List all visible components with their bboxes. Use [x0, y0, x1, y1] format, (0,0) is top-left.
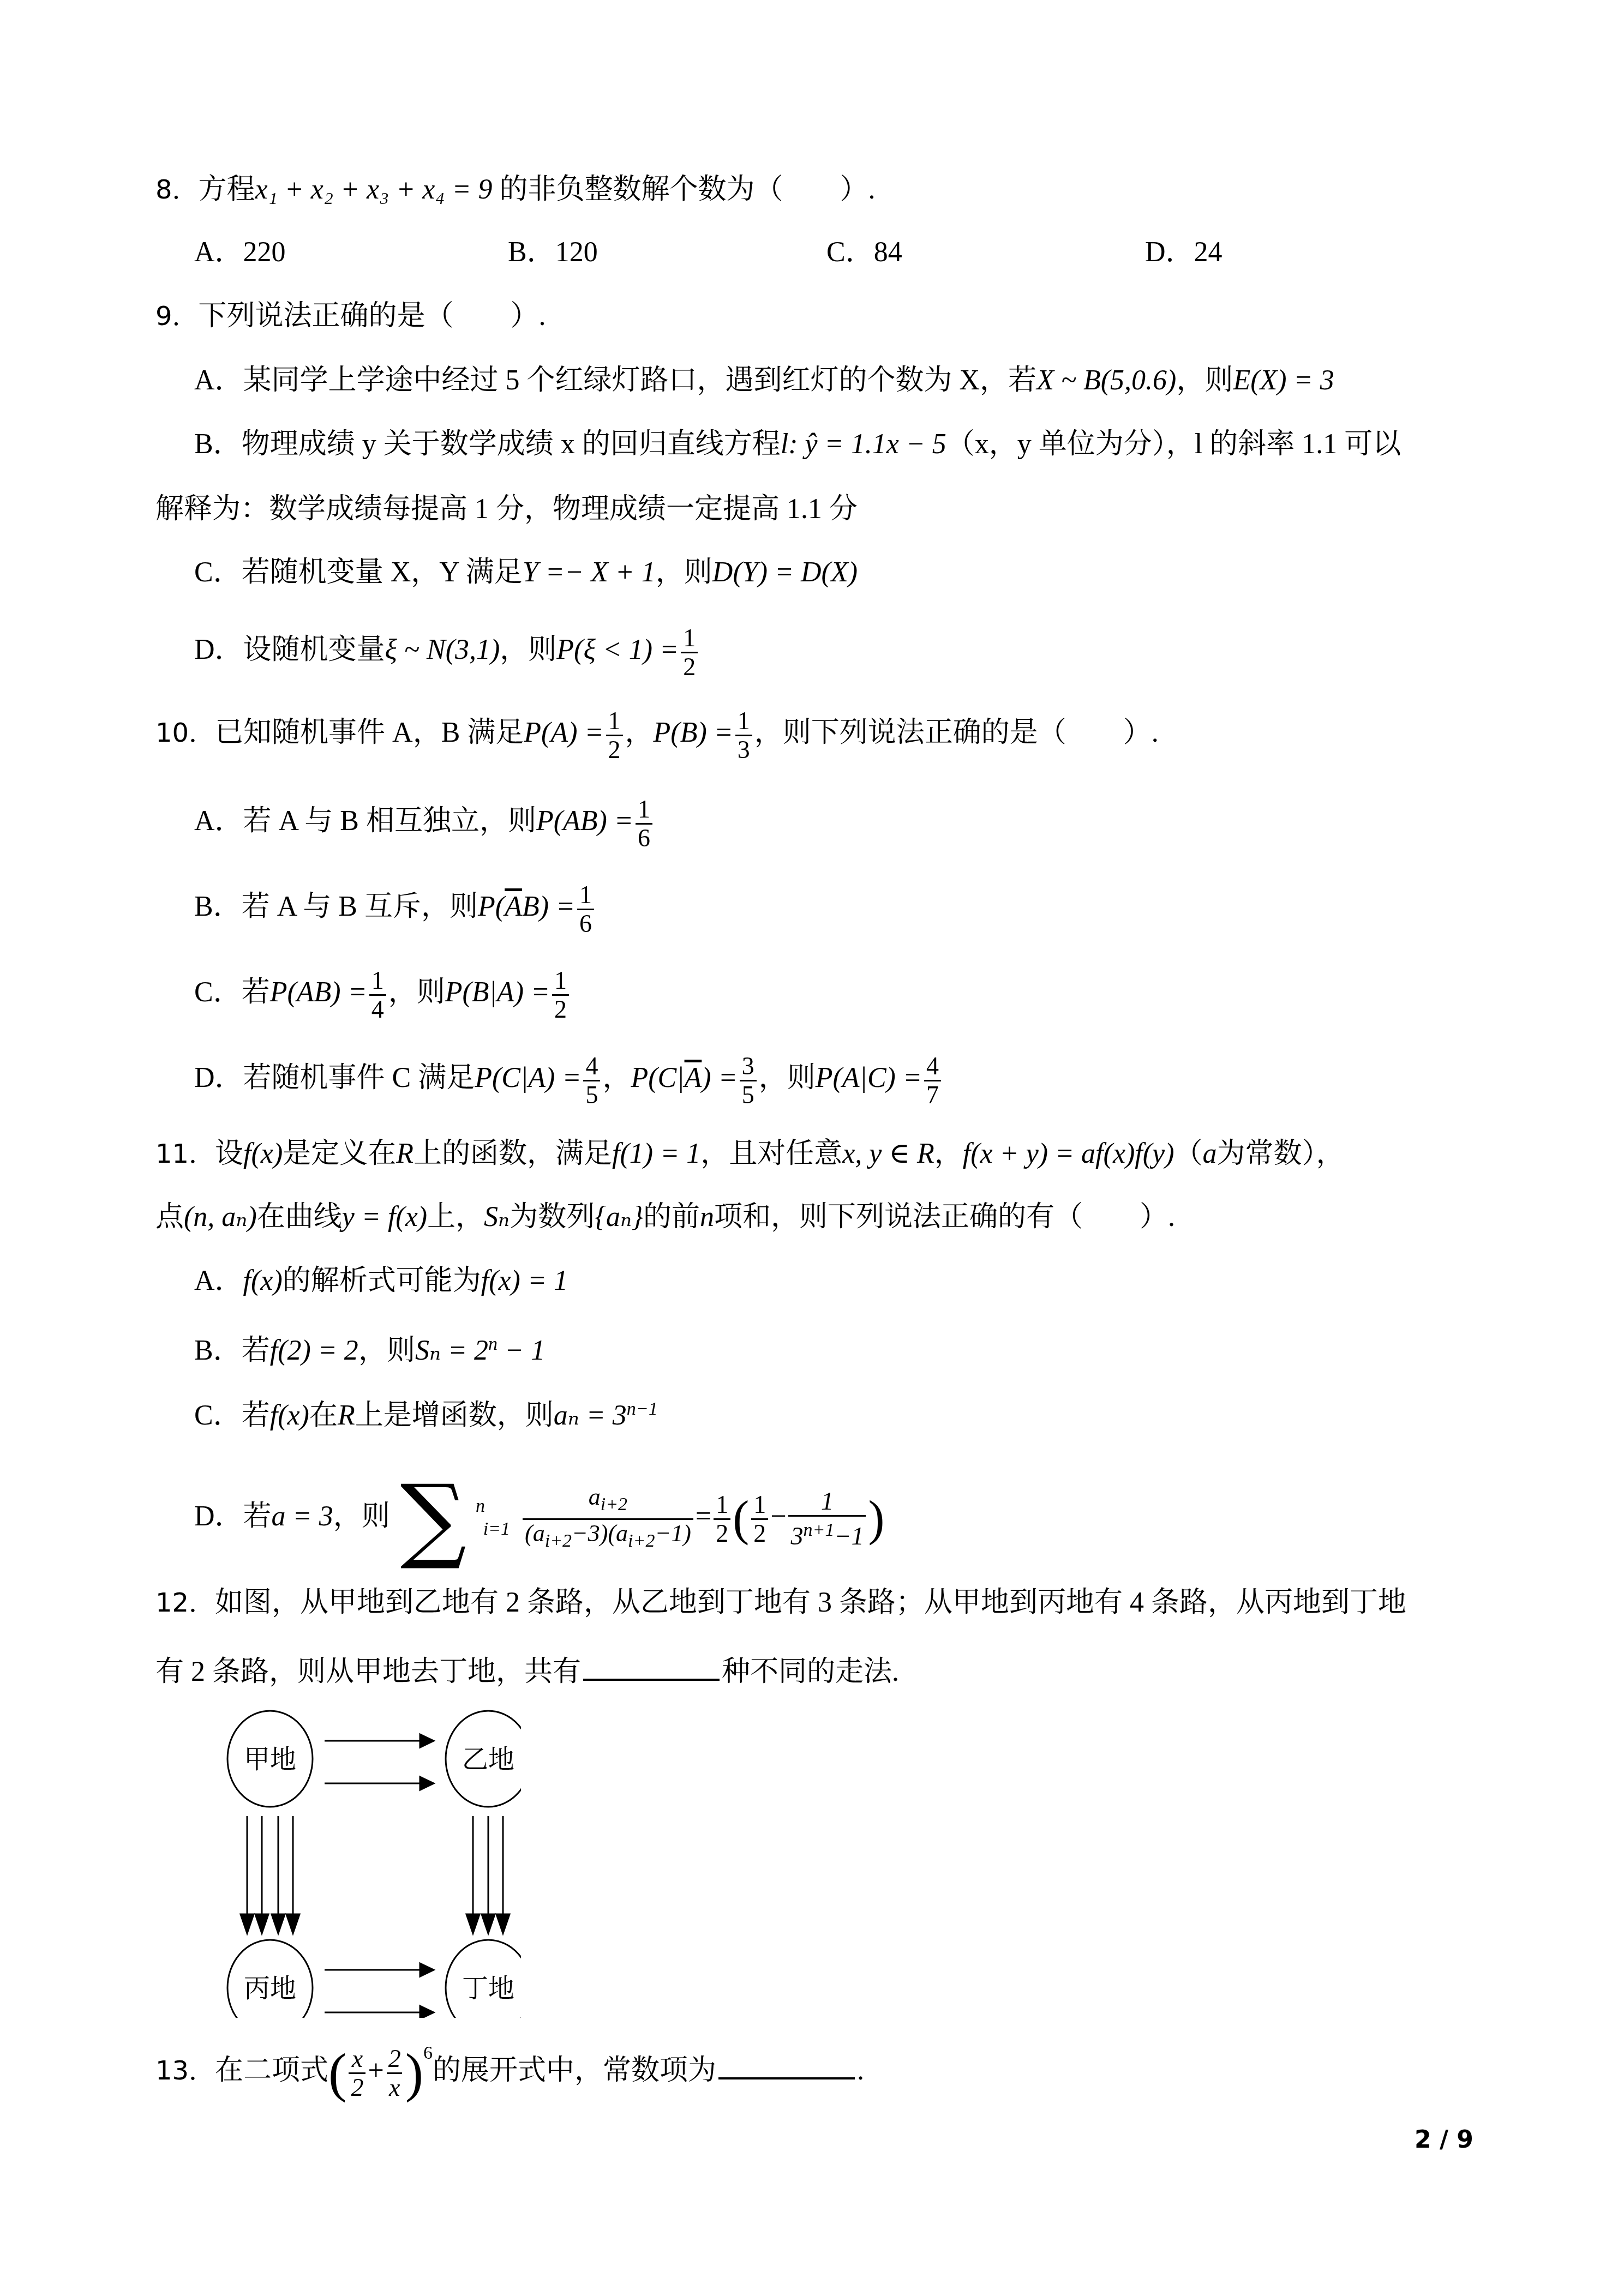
math-expression: a = 3	[272, 1501, 333, 1532]
math-expression: P(C|	[631, 1062, 685, 1093]
option-label: A．	[194, 806, 243, 837]
exponent: n	[488, 1334, 498, 1354]
option-text: 在	[309, 1400, 338, 1431]
math-expression: f(1) = 1	[612, 1138, 700, 1169]
option-c[interactable]: C．若f(x)在R上是增函数，则aₙ = 3n−1	[194, 1393, 658, 1432]
option-c[interactable]: C．若P(AB) =14，则P(B|A) =12	[194, 967, 571, 1023]
question-text: 项和，则下列说法正确的有（ ）.	[714, 1201, 1175, 1233]
question-text: 点(n, aₙ)在曲线y = f(x)上，Sₙ为数列{aₙ}的前n项和，则下列说…	[155, 1201, 1175, 1233]
math-expression: R	[396, 1138, 414, 1169]
math-expression: f(x) = 1	[481, 1265, 568, 1296]
math-expression: P(C|A) =	[475, 1062, 581, 1093]
math-expression: x, y ∈ R	[842, 1138, 934, 1169]
denominator: 5	[740, 1080, 757, 1109]
question-text: 如图，从甲地到乙地有 2 条路，从乙地到丁地有 3 条路；从甲地到丙地有 4 条…	[215, 1587, 1406, 1618]
fraction: 12	[681, 624, 698, 681]
equals-sign: =	[696, 1501, 711, 1532]
option-label: B．	[194, 1335, 242, 1366]
question-9: 9．下列说法正确的是（ ）.	[155, 300, 546, 333]
question-text: 已知随机事件 A，B 满足	[215, 717, 524, 748]
option-text: ，则	[759, 1062, 816, 1093]
question-number: 8．	[155, 175, 199, 205]
question-text: 的前	[643, 1201, 700, 1233]
node-label: 丙地	[244, 1973, 296, 2004]
option-text: 某同学上学途中经过 5 个红绿灯路口，遇到红灯的个数为 X，若	[243, 365, 1037, 396]
option-label: C．	[194, 977, 242, 1008]
denominator: 2	[606, 735, 623, 764]
option-text: ，则	[388, 977, 445, 1008]
question-12: 12．如图，从甲地到乙地有 2 条路，从乙地到丁地有 3 条路；从甲地到丙地有 …	[155, 1586, 1406, 1619]
option-label: A．	[194, 237, 243, 268]
question-text: ，且对任意	[700, 1138, 842, 1169]
option-text: 设随机变量	[243, 634, 385, 665]
question-text: 方程	[199, 174, 255, 205]
question-number: 12．	[155, 1588, 215, 1618]
math-expression: P(AB) =	[536, 806, 633, 837]
option-text: ，则	[333, 1501, 390, 1532]
denominator: 6	[577, 909, 594, 937]
fraction: 13n+1−1	[788, 1488, 866, 1550]
answer-blank[interactable]	[718, 2050, 855, 2079]
question-text: 设f(x)是定义在R上的函数，满足f(1) = 1，且对任意x, y ∈ R，f…	[215, 1138, 1344, 1169]
math-expression: ) =	[702, 1062, 737, 1093]
question-12-continuation: 有 2 条路，则从甲地去丁地，共有种不同的走法.	[155, 1651, 899, 1688]
question-text: 为数列	[510, 1201, 595, 1233]
separator: ，	[602, 1062, 631, 1093]
math-expression: Sₙ = 2	[415, 1335, 488, 1366]
fraction: 12	[606, 707, 623, 764]
option-label: B．	[194, 891, 242, 922]
option-text: ，则	[358, 1335, 415, 1366]
node-label: 丁地	[462, 1973, 514, 2004]
numerator: 1	[552, 967, 569, 994]
math-expression: P(B) =	[654, 717, 733, 748]
math-expression: a	[1202, 1138, 1216, 1169]
option-label: A．	[194, 1265, 243, 1296]
math-expression: f(x)	[243, 1265, 283, 1296]
separator: ，	[625, 717, 654, 748]
math-expression: − 1	[498, 1335, 545, 1366]
math-expression: P(A|C) =	[816, 1062, 922, 1093]
question-8: 8．方程x₁ + x₂ + x₃ + x₄ = 9 的非负整数解个数为（ ）.	[155, 173, 876, 206]
math-expression: Sₙ	[484, 1201, 510, 1233]
math-expression: P(A) =	[524, 717, 603, 748]
math-expression: y = f(x)	[342, 1201, 427, 1233]
option-d[interactable]: D．24	[1145, 236, 1223, 269]
option-label: D．	[194, 1062, 243, 1093]
denominator: 2	[552, 994, 569, 1023]
numerator: 1	[681, 624, 698, 652]
option-text: 若	[242, 1400, 270, 1431]
option-label: B．	[194, 429, 242, 460]
option-value: 220	[243, 237, 286, 268]
fraction: 47	[924, 1053, 941, 1109]
math-expression: Y =− X + 1	[523, 557, 656, 588]
fraction: 45	[583, 1053, 600, 1109]
denominator: 2	[681, 652, 698, 681]
numerator: 1	[606, 707, 623, 735]
option-d[interactable]: D．若a = 3，则 ∑ n i=1 ai+2 (ai+2−3)(ai+2−1)…	[194, 1472, 884, 1560]
math-expression: B) =	[522, 891, 575, 922]
question-number: 11．	[155, 1139, 215, 1169]
question-text: 设	[215, 1138, 243, 1169]
numerator: 1	[714, 1491, 730, 1518]
option-d[interactable]: D．若随机事件 C 满足P(C|A) =45，P(C|A) =35，则P(A|C…	[194, 1053, 943, 1109]
node-label: 乙地	[462, 1744, 514, 1775]
question-10: 10．已知随机事件 A，B 满足P(A) =12，P(B) =13，则下列说法正…	[155, 707, 1159, 764]
denominator: 7	[924, 1080, 941, 1109]
denominator: 2	[714, 1518, 730, 1547]
exponent: n−1	[627, 1399, 658, 1419]
numerator: 1	[751, 1491, 768, 1518]
denominator: 6	[636, 823, 652, 852]
option-text: 若 A 与 B 相互独立，则	[243, 806, 536, 837]
option-text: 的解析式可能为	[283, 1265, 481, 1296]
numerator: 1	[577, 881, 594, 909]
math-expression: P(AB) =	[270, 977, 367, 1008]
option-label: A．	[194, 365, 243, 396]
question-text: 下列说法正确的是（ ）.	[199, 300, 546, 332]
math-expression: {aₙ}	[595, 1201, 643, 1233]
numerator: 1	[735, 707, 752, 735]
option-text: 物理成绩 y 关于数学成绩 x 的回归直线方程	[242, 429, 781, 460]
option-b[interactable]: B．120	[508, 236, 598, 269]
question-text: 在二项式	[215, 2055, 328, 2086]
left-paren: (	[733, 1492, 749, 1546]
fraction: 12	[714, 1491, 730, 1547]
option-text: 若	[242, 1335, 270, 1366]
option-text: 若随机变量 X，Y 满足	[242, 557, 523, 588]
question-11-continuation: 点(n, aₙ)在曲线y = f(x)上，Sₙ为数列{aₙ}的前n项和，则下列说…	[155, 1201, 1175, 1234]
question-text: （	[1174, 1138, 1202, 1169]
numerator: ai+2	[586, 1483, 630, 1518]
math-expression: R	[338, 1400, 355, 1431]
numerator: 1	[819, 1488, 836, 1515]
option-a[interactable]: A．某同学上学途中经过 5 个红绿灯路口，遇到红灯的个数为 X，若X ~ B(5…	[194, 364, 1334, 397]
math-expression: f(2) = 2	[270, 1335, 358, 1366]
option-text: 若随机事件 C 满足	[243, 1062, 475, 1093]
question-text: ，	[934, 1138, 963, 1169]
complement-event: A	[505, 891, 522, 922]
question-text: 种不同的走法.	[722, 1656, 899, 1687]
fraction: 13	[735, 707, 752, 764]
option-b-continuation: 解释为：数学成绩每提高 1 分，物理成绩一定提高 1.1 分	[155, 493, 858, 526]
answer-blank[interactable]	[583, 1651, 720, 1681]
question-text: 有 2 条路，则从甲地去丁地，共有	[155, 1656, 581, 1687]
fraction: 2x	[386, 2045, 403, 2101]
question-text: 上，	[427, 1201, 484, 1233]
option-text: 解释为：数学成绩每提高 1 分，物理成绩一定提高 1.1 分	[155, 494, 858, 525]
denominator: (ai+2−3)(ai+2−1)	[523, 1518, 693, 1555]
option-value: 24	[1194, 237, 1223, 268]
math-expression: aₙ = 3	[554, 1400, 627, 1431]
option-text: ，则	[1176, 365, 1233, 396]
complement-event: A	[685, 1062, 702, 1093]
sigma-icon: ∑	[400, 1472, 466, 1565]
summation: ∑ n i=1	[400, 1472, 466, 1565]
minus-sign: −	[770, 1501, 786, 1532]
fraction: ai+2 (ai+2−3)(ai+2−1)	[523, 1483, 693, 1555]
option-c[interactable]: C．若随机变量 X，Y 满足Y =− X + 1，则D(Y) = D(X)	[194, 556, 858, 589]
math-expression: f(x)	[243, 1138, 283, 1169]
question-text: 在曲线	[257, 1201, 342, 1233]
fraction: x2	[349, 2045, 365, 2101]
math-expression: X ~ B(5,0.6)	[1036, 365, 1176, 396]
fraction: 12	[751, 1491, 768, 1547]
option-label: C．	[194, 557, 242, 588]
option-c[interactable]: C．84	[826, 236, 902, 269]
numerator: 4	[583, 1053, 600, 1080]
denominator: 2	[349, 2072, 365, 2101]
option-text: 若	[243, 1501, 272, 1532]
option-text: ，则	[500, 634, 556, 665]
right-paren: )	[405, 2042, 423, 2103]
option-b[interactable]: B．物理成绩 y 关于数学成绩 x 的回归直线方程l: ŷ = 1.1x − 5…	[194, 428, 1401, 461]
option-label: D．	[194, 1501, 243, 1532]
math-expression: ξ ~ N(3,1)	[385, 634, 500, 665]
option-value: 120	[555, 237, 598, 268]
option-value: 84	[874, 237, 902, 268]
denominator: 4	[369, 994, 386, 1023]
denominator: 3	[735, 735, 752, 764]
fraction: 14	[369, 967, 386, 1023]
math-expression: f(x)	[270, 1400, 309, 1431]
numerator: 1	[369, 967, 386, 994]
fraction: 16	[636, 796, 652, 852]
math-expression: P(ξ < 1) =	[556, 634, 679, 665]
denominator: 2	[751, 1518, 768, 1547]
node-label: 甲地	[244, 1744, 296, 1775]
question-text: 上的函数，满足	[414, 1138, 612, 1169]
option-label: D．	[194, 634, 243, 665]
route-diagram: 甲地 乙地 丙地 丁地	[194, 1691, 521, 2018]
fraction: 12	[552, 967, 569, 1023]
denominator: 5	[583, 1080, 600, 1109]
fraction: 35	[740, 1053, 757, 1109]
math-expression: D(Y) = D(X)	[712, 557, 858, 588]
math-expression: l: ŷ = 1.1x − 5	[781, 429, 946, 460]
question-13: 13．在二项式(x2+2x)6的展开式中，常数项为.	[155, 2023, 864, 2103]
option-text: （x，y 单位为分），l 的斜率 1.1 可以	[946, 429, 1401, 460]
option-label: D．	[1145, 237, 1194, 268]
option-a[interactable]: A．220	[194, 236, 286, 269]
fraction: 16	[577, 881, 594, 937]
option-label: C．	[194, 1400, 242, 1431]
question-text: 的展开式中，常数项为	[433, 2055, 716, 2086]
option-a[interactable]: A．若 A 与 B 相互独立，则P(AB) =16	[194, 796, 655, 852]
math-expression: n	[700, 1201, 714, 1233]
numerator: x	[350, 2045, 365, 2072]
denominator: x	[387, 2072, 402, 2101]
numerator: 2	[386, 2045, 403, 2072]
question-number: 13．	[155, 2055, 215, 2086]
denominator: 3n+1−1	[788, 1515, 866, 1550]
math-expression: P(B|A) =	[445, 977, 550, 1008]
math-expression: P(	[478, 891, 505, 922]
numerator: 4	[924, 1053, 941, 1080]
option-b[interactable]: B．若 A 与 B 互斥，则P(AB) =16	[194, 881, 596, 937]
option-label: B．	[508, 237, 555, 268]
question-text: 的非负整数解个数为（ ）.	[493, 174, 876, 205]
option-a[interactable]: A．f(x)的解析式可能为f(x) = 1	[194, 1265, 568, 1297]
question-text: ，则下列说法正确的是（ ）.	[754, 717, 1159, 748]
question-number: 9．	[155, 301, 199, 332]
option-text: 上是增函数，则	[355, 1400, 554, 1431]
question-text: 点	[155, 1201, 184, 1233]
question-number: 10．	[155, 718, 215, 748]
option-text: 若 A 与 B 互斥，则	[242, 891, 478, 922]
question-11: 11．设f(x)是定义在R上的函数，满足f(1) = 1，且对任意x, y ∈ …	[155, 1138, 1344, 1170]
option-text: ，则	[656, 557, 712, 588]
math-expression: (n, aₙ)	[184, 1201, 257, 1233]
question-text: 是定义在	[283, 1138, 396, 1169]
left-paren: (	[328, 2042, 346, 2103]
math-expression: E(X) = 3	[1233, 365, 1334, 396]
exponent: 6	[423, 2043, 433, 2063]
sum-lower-limit: i=1	[483, 1491, 510, 1567]
numerator: 3	[740, 1053, 757, 1080]
option-text: 若	[242, 977, 270, 1008]
option-d[interactable]: D．设随机变量ξ ~ N(3,1)，则P(ξ < 1) =12	[194, 624, 700, 681]
math-expression: x₁ + x₂ + x₃ + x₄ = 9	[255, 174, 493, 205]
numerator: 1	[636, 796, 652, 823]
option-label: C．	[826, 237, 874, 268]
page-number: 2 / 9	[1415, 2126, 1473, 2154]
period: .	[857, 2055, 864, 2086]
option-b[interactable]: B．若f(2) = 2，则Sₙ = 2n − 1	[194, 1328, 545, 1367]
question-text: 为常数），	[1216, 1138, 1344, 1169]
math-expression: f(x + y) = af(x)f(y)	[963, 1138, 1174, 1169]
right-paren: )	[868, 1492, 884, 1546]
